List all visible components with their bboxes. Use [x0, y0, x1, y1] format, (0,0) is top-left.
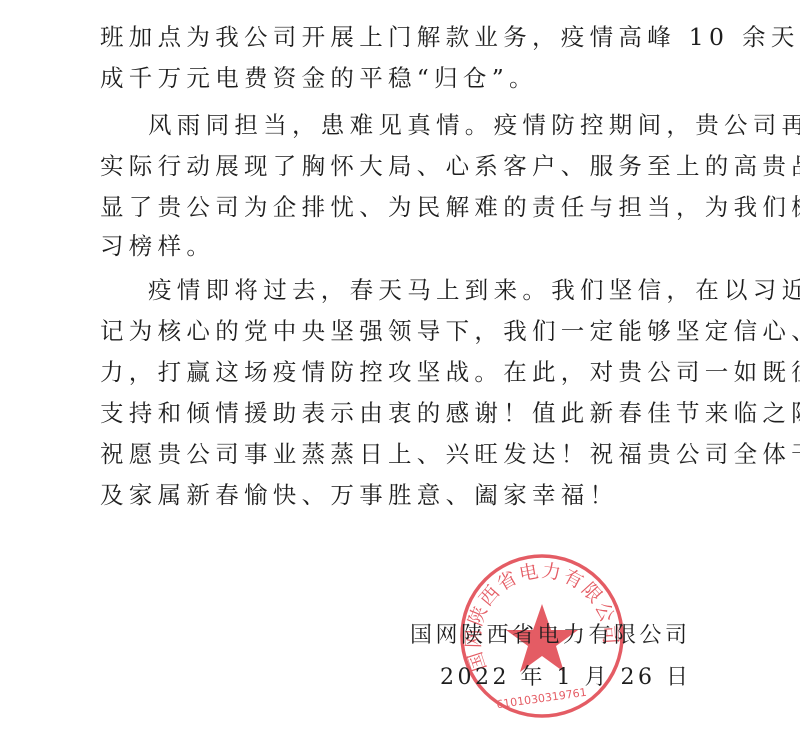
letter-page: 班加点为我公司开展上门解款业务，疫情高峰 10 余天内高效完 成千万元电费资金的… [0, 0, 800, 742]
paragraph-3-line-4: 支持和倾情援助表示由衷的感谢！值此新春佳节来临之际，衷心 [100, 398, 800, 428]
paragraph-1-line-2: 成千万元电费资金的平稳“归仓”。 [100, 63, 538, 93]
paragraph-3-line-6: 及家属新春愉快、万事胜意、阖家幸福！ [100, 480, 618, 510]
paragraph-2-line-1: 风雨同担当，患难见真情。疫情防控期间，贵公司再一次用 [148, 110, 800, 140]
signature-organization: 国网陕西省电力有限公司 [410, 618, 691, 649]
paragraph-2-line-4: 习榜样。 [100, 231, 215, 261]
paragraph-3-line-2: 记为核心的党中央坚强领导下，我们一定能够坚定信心、同心合 [100, 316, 800, 346]
paragraph-3-line-5: 祝愿贵公司事业蒸蒸日上、兴旺发达！祝福贵公司全体干部职工 [100, 439, 800, 469]
paragraph-2-line-2: 实际行动展现了胸怀大局、心系客户、服务至上的高贵品质，彰 [100, 151, 800, 181]
paragraph-1-line-1: 班加点为我公司开展上门解款业务，疫情高峰 10 余天内高效完 [100, 22, 800, 52]
signature-date: 2022 年 1 月 26 日 [440, 660, 691, 691]
paragraph-3-line-3: 力，打赢这场疫情防控攻坚战。在此，对贵公司一如既往的全力 [100, 357, 800, 387]
paragraph-3-line-1: 疫情即将过去，春天马上到来。我们坚信，在以习近平总书 [148, 275, 800, 305]
paragraph-2-line-3: 显了贵公司为企排忧、为民解难的责任与担当，为我们树立了学 [100, 192, 800, 222]
